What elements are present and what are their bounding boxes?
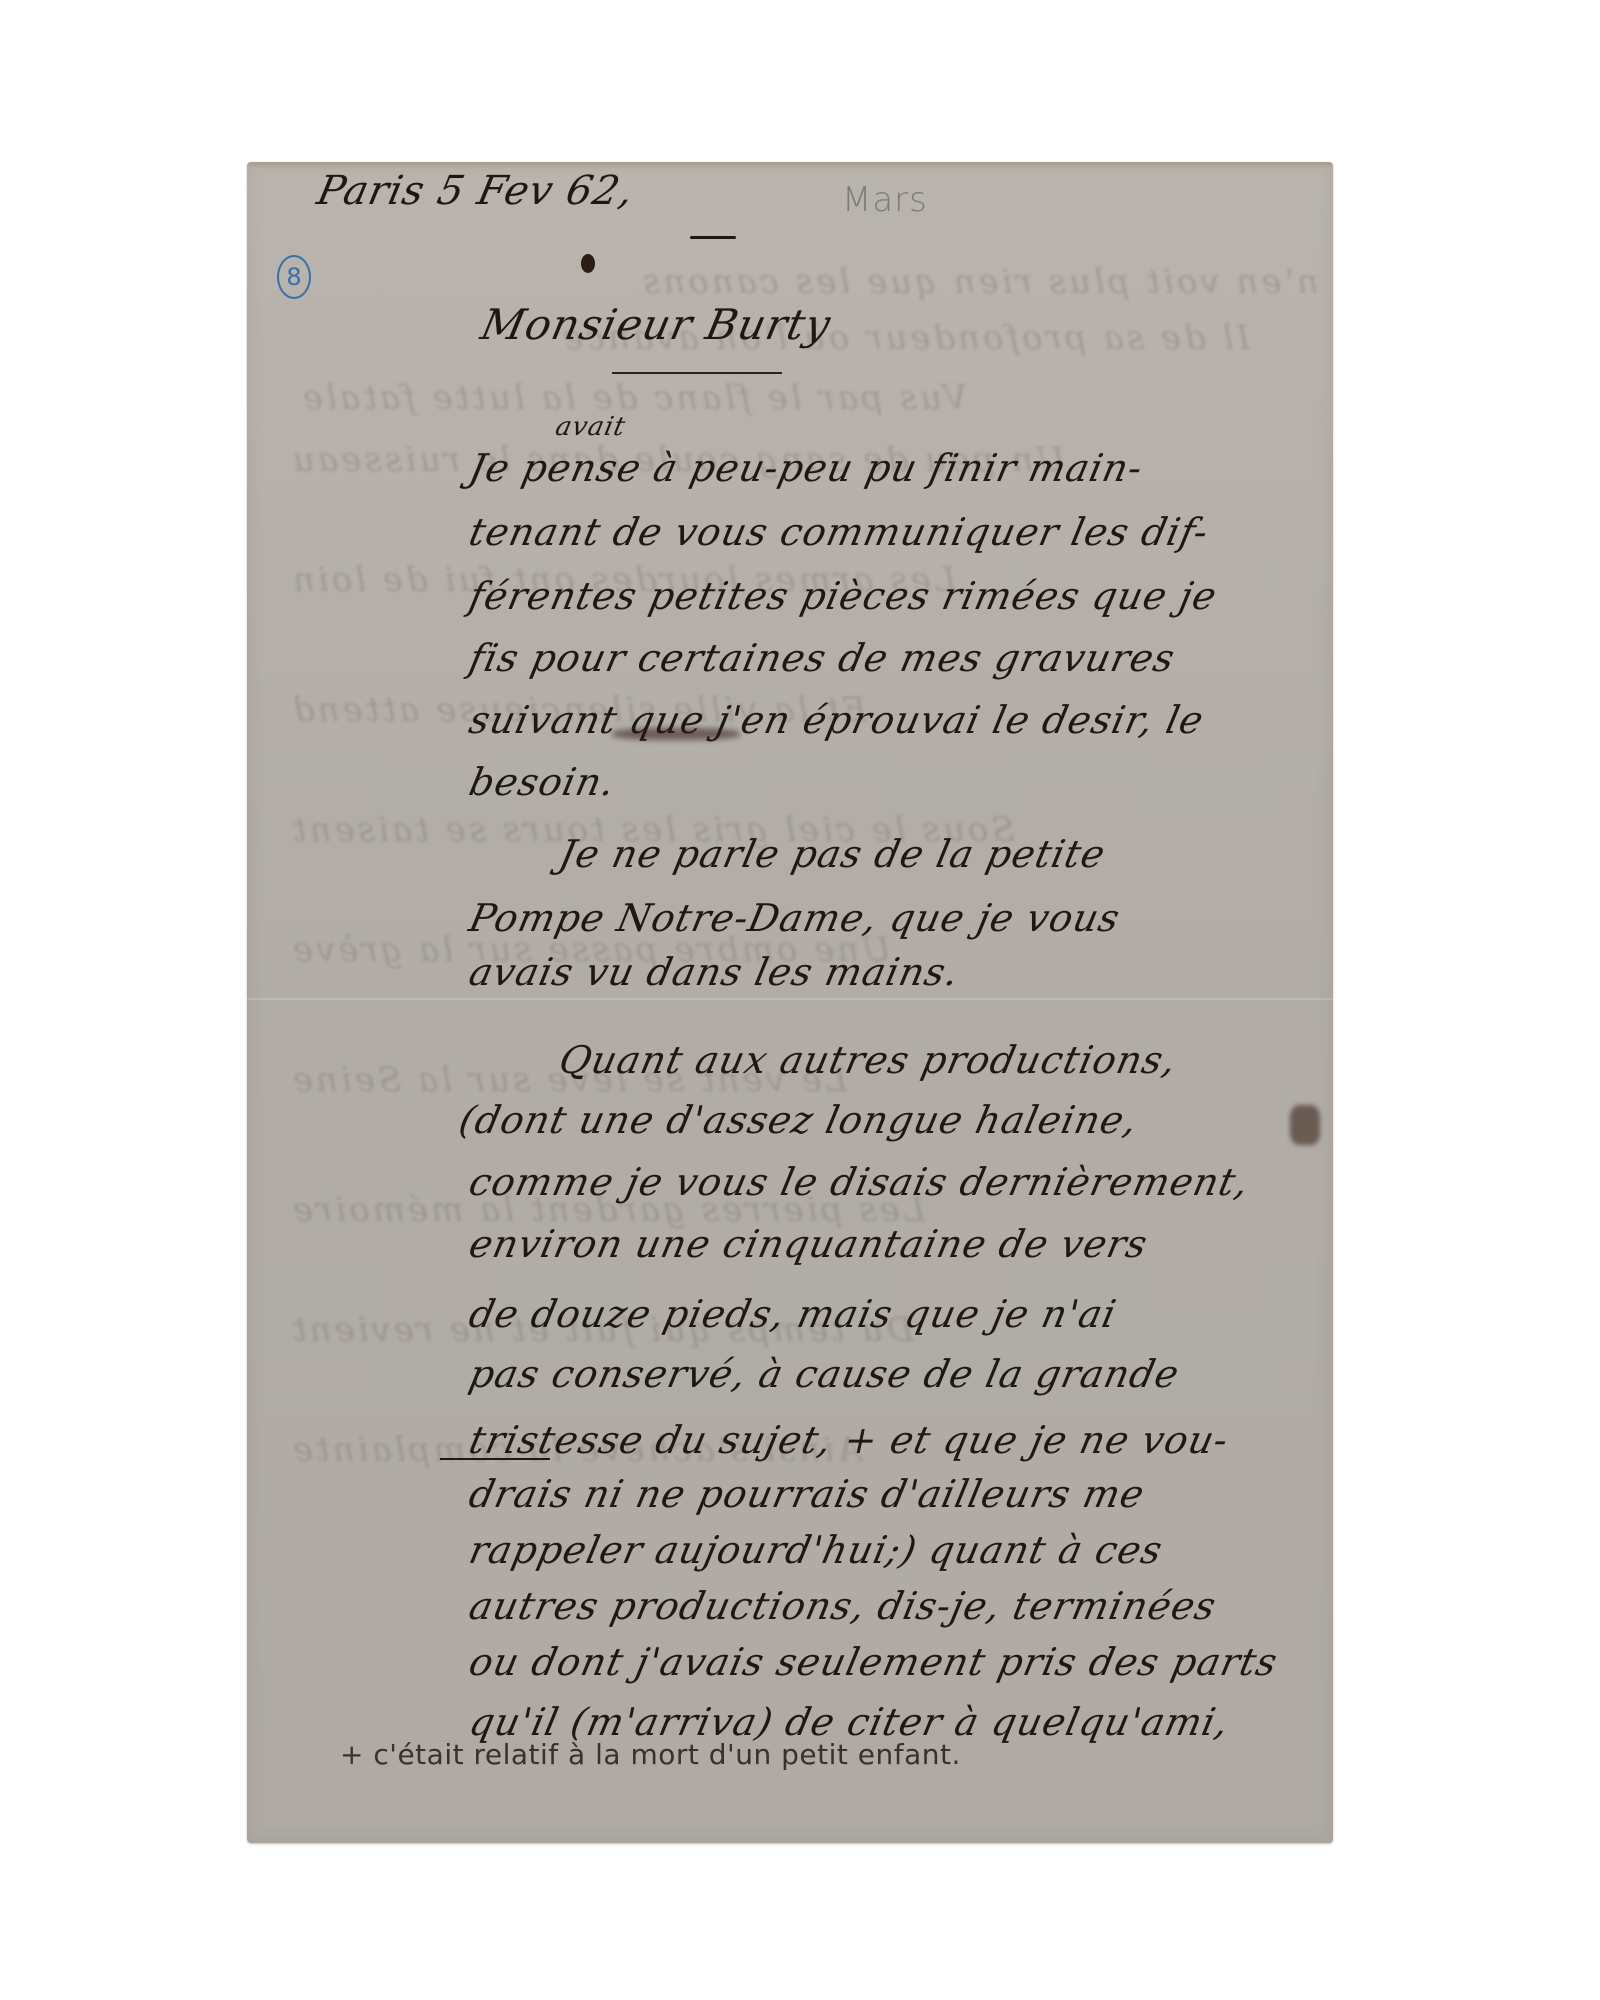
letter-line: Pompe Notre-Dame, que je vous: [465, 896, 1124, 940]
letter-line: (dont une d'assez longue haleine,: [455, 1098, 1142, 1142]
folio-number-circle: 8: [277, 255, 311, 299]
ink-blot: [581, 254, 595, 273]
letter-line: ou dont j'avais seulement pris des parts: [465, 1640, 1282, 1684]
bleed-through-text: n'en voit plus rien que les canons: [640, 262, 1319, 302]
letter-line: Je pense à peu-peu pu finir main-: [465, 446, 1147, 490]
paper-fold-line: [247, 998, 1333, 1000]
footnote: + c'était relatif à la mort d'un petit e…: [340, 1738, 961, 1771]
letter-line: tristesse du sujet, + et que je ne vou-: [465, 1418, 1233, 1462]
letter-line: avais vu dans les mains.: [465, 950, 963, 994]
letter-line: autres productions, dis-je, terminées: [465, 1584, 1220, 1628]
interlinear-insertion: avait: [553, 412, 629, 442]
letter-line: Je ne parle pas de la petite: [555, 832, 1109, 876]
letter-line: pas conservé, à cause de la grande: [465, 1352, 1183, 1396]
folio-number: 8: [286, 263, 301, 291]
letter-line: Quant aux autres productions,: [555, 1038, 1181, 1082]
letter-line: drais ni ne pourrais d'ailleurs me: [465, 1472, 1148, 1516]
letter-line: comme je vous le disais dernièrement,: [465, 1160, 1253, 1204]
salutation-underline: [612, 372, 782, 374]
pencil-annotation: Mars: [842, 180, 928, 220]
date-flourish: [690, 236, 736, 239]
letter-line: férentes petites pièces rimées que je: [465, 574, 1221, 618]
letter-line: de douze pieds, mais que je n'ai: [465, 1292, 1120, 1336]
line-strike: [440, 1458, 550, 1460]
ink-stain: [1290, 1105, 1320, 1145]
letter-line: rappeler aujourd'hui;) quant à ces: [465, 1528, 1166, 1572]
place-date: Paris 5 Fev 62,: [313, 168, 638, 214]
bleed-through-text: Vus par le flanc de la lutte fatale: [300, 378, 967, 418]
letter-line: tenant de vous communiquer les dif-: [465, 510, 1212, 554]
letter-line: environ une cinquantaine de vers: [465, 1222, 1152, 1266]
letter-line: fis pour certaines de mes gravures: [465, 636, 1179, 680]
salutation: Monsieur Burty: [477, 300, 836, 349]
ink-smudge: [612, 728, 740, 740]
letter-line: besoin.: [465, 760, 619, 804]
letter-line: suivant que j'en éprouvai le desir, le: [465, 698, 1208, 742]
